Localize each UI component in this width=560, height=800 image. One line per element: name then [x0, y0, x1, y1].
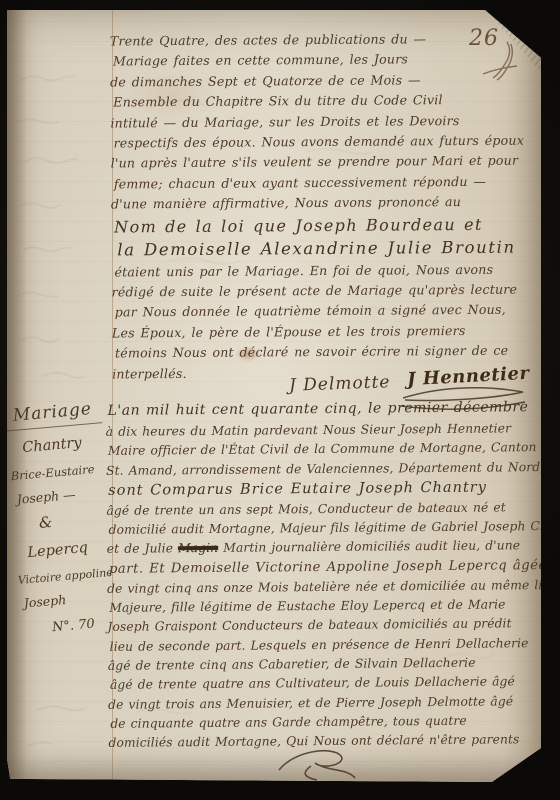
manuscript-line: de dimanches Sept et Quatorze de ce Mois… — [110, 69, 530, 92]
line-text: Martin journalière domiciliés audit lieu… — [218, 539, 520, 556]
margin-line: Joseph — — [10, 484, 109, 507]
manuscript-line: rédigé de suite le présent acte de Maria… — [112, 280, 532, 303]
manuscript-line-groom-name: Nom de la loi que Joseph Bourdeau et — [111, 212, 531, 238]
margin-act-number: N°. 70 — [22, 614, 121, 637]
manuscript-line: étaient unis par le Mariage. En foi de q… — [111, 259, 531, 282]
margin-line: Chantry — [6, 433, 105, 457]
line-text: et de Julie — [107, 542, 178, 557]
manuscript-line: témoins Nous ont déclaré ne savoir écrir… — [112, 341, 532, 364]
manuscript-line: Mariage faites en cette commune, les Jou… — [110, 49, 530, 72]
manuscript-line: intitulé — du Mariage, sur les Droits et… — [110, 110, 530, 133]
act-marriage-record: L'an mil huit cent quarante cinq, le pre… — [105, 396, 536, 753]
manuscript-line: par Nous donnée le quatrième témoin a si… — [112, 300, 532, 323]
photo-backdrop: 26 Trente Quatre, des actes de publicati… — [0, 0, 560, 800]
manuscript-line: d'une manière affirmative, Nous avons pr… — [111, 192, 531, 215]
manuscript-line: respectifs des époux. Nous avons demandé… — [110, 131, 530, 154]
paraph-flourish — [275, 746, 361, 784]
signature-delmotte: J Delmotte — [289, 372, 391, 396]
manuscript-line: l'un après l'autre s'ils veulent se pren… — [111, 151, 531, 174]
act-closing-text: Trente Quatre, des actes de publications… — [110, 29, 532, 385]
margin-line: Lepercq — [15, 538, 114, 562]
manuscript-line: Les Époux, le père de l'Épouse et les tr… — [112, 320, 532, 343]
margin-line: Brice-Eustaire — [8, 461, 107, 483]
manuscript-line: Trente Quatre, des actes de publications… — [110, 29, 530, 52]
manuscript-line-bride-name: la Demoiselle Alexandrine Julie Broutin — [111, 235, 531, 262]
manuscript-line: femme; chacun d'eux ayant successivement… — [111, 171, 531, 194]
manuscript-line: Ensemble du Chapitre Six du titre du Cod… — [110, 90, 530, 113]
margin-line: Victoire appoline — [17, 566, 116, 587]
struck-out-word: Magin — [178, 541, 218, 555]
manuscript-line: de vingt trois ans Menuisier, et de Pier… — [108, 692, 536, 715]
document-page: 26 Trente Quatre, des actes de publicati… — [7, 10, 541, 782]
margin-line: & — [12, 508, 111, 534]
margin-annotation: Mariage Chantry Brice-Eustaire Joseph — … — [3, 398, 122, 647]
margin-line: Joseph — [19, 587, 118, 610]
